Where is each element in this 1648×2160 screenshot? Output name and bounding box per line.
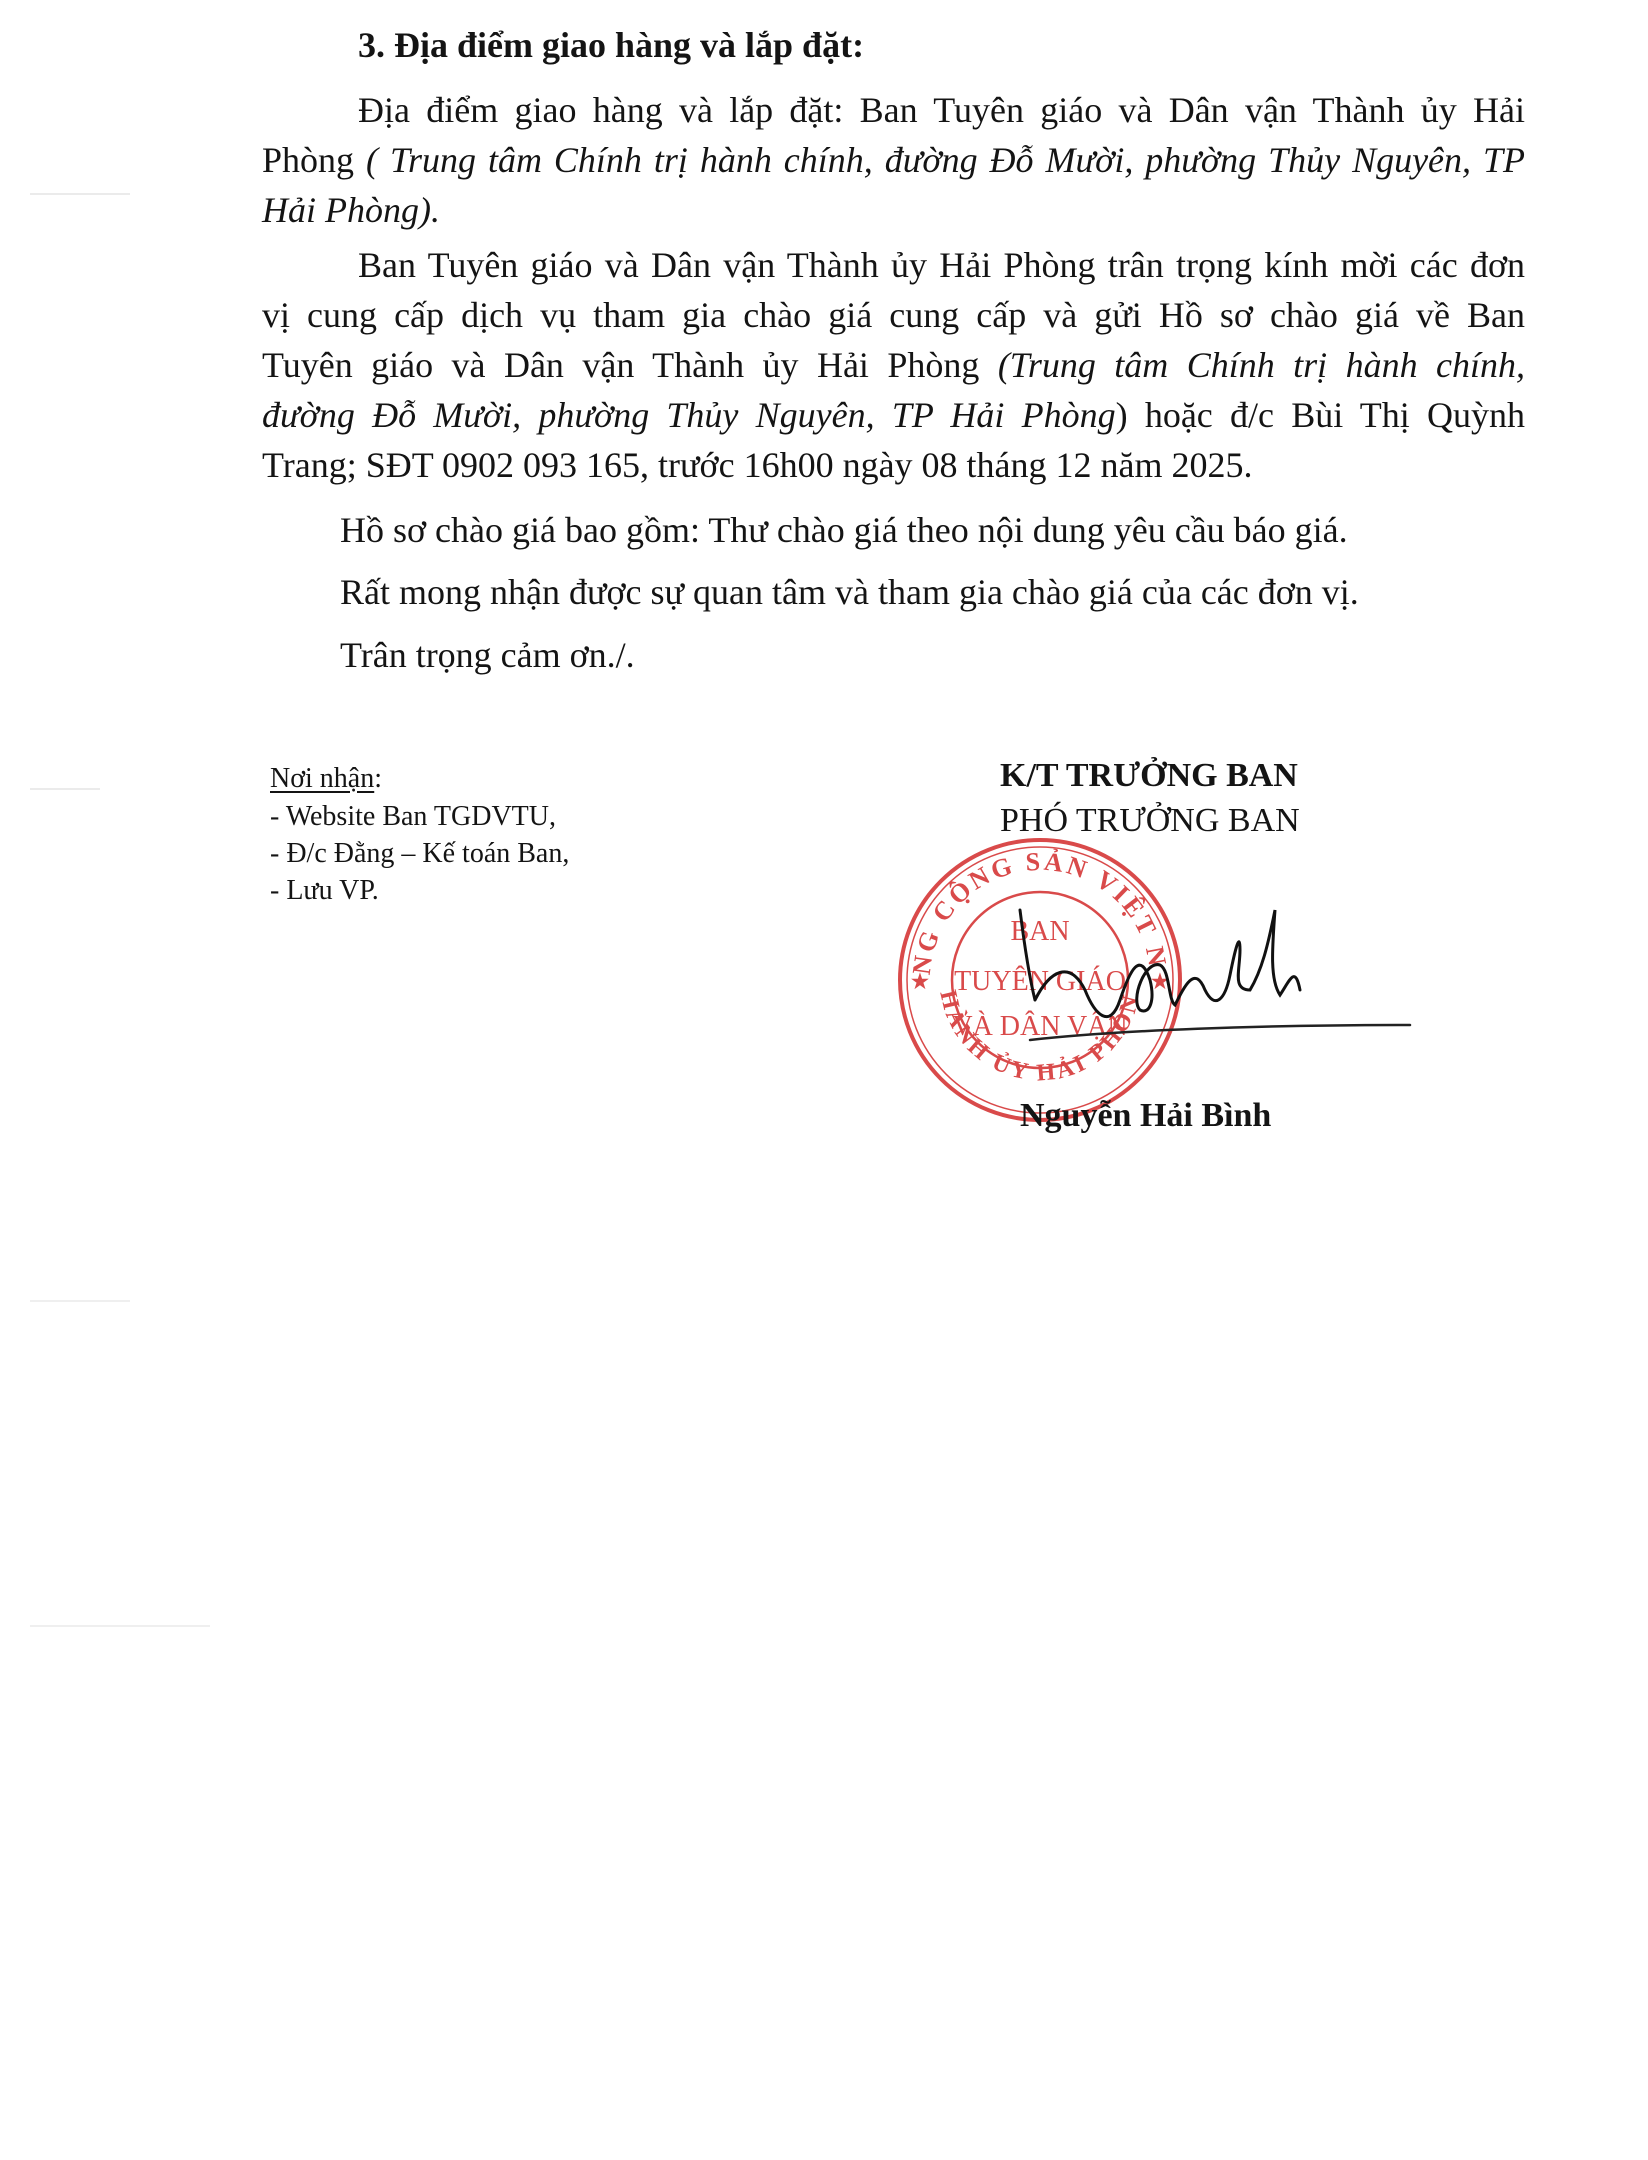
- recipient-item: - Lưu VP.: [270, 872, 379, 909]
- paragraph-request: Rất mong nhận được sự quan tâm và tham g…: [340, 567, 1359, 617]
- text-span: Tuyên giáo và Dân vận Thành ủy Hải Phòng: [262, 345, 979, 385]
- text-line: Hải Phòng).: [262, 185, 1525, 235]
- paragraph-thanks: Trân trọng cảm ơn./.: [340, 630, 635, 680]
- recipient-item: - Website Ban TGDVTU,: [270, 798, 556, 835]
- text-span: ) hoặc đ/c Bùi Thị Quỳnh: [1116, 395, 1525, 435]
- signer-title: K/T TRƯỞNG BAN: [1000, 755, 1298, 797]
- recipients-title: Nơi nhận:: [270, 760, 382, 797]
- scan-artifact: [30, 193, 130, 195]
- text-span: Phòng: [262, 140, 354, 180]
- text-line: Địa điểm giao hàng và lắp đặt: Ban Tuyên…: [262, 85, 1525, 135]
- handwritten-signature-icon: [1000, 890, 1420, 1050]
- paragraph-documents: Hồ sơ chào giá bao gồm: Thư chào giá the…: [340, 505, 1348, 555]
- signer-name: Nguyễn Hải Bình: [1020, 1095, 1271, 1137]
- scan-artifact: [30, 1625, 210, 1627]
- text-line: Ban Tuyên giáo và Dân vận Thành ủy Hải P…: [262, 240, 1525, 290]
- section-heading: 3. Địa điểm giao hàng và lắp đặt:: [358, 20, 864, 70]
- text-line: Tuyên giáo và Dân vận Thành ủy Hải Phòng…: [262, 340, 1525, 390]
- text-line: Phòng ( Trung tâm Chính trị hành chính, …: [262, 135, 1525, 185]
- recipient-item: - Đ/c Đằng – Kế toán Ban,: [270, 835, 569, 872]
- recipients-colon: :: [374, 763, 382, 794]
- text-line: Trang; SĐT 0902 093 165, trước 16h00 ngà…: [262, 440, 1525, 490]
- text-span-italic: (Trung tâm Chính trị hành chính,: [998, 345, 1525, 385]
- svg-text:★: ★: [911, 971, 929, 993]
- text-line: đường Đỗ Mười, phường Thủy Nguyên, TP Hả…: [262, 390, 1525, 440]
- scan-artifact: [30, 788, 100, 790]
- scan-artifact: [30, 1300, 130, 1302]
- text-line: vị cung cấp dịch vụ tham gia chào giá cu…: [262, 290, 1525, 340]
- text-span-italic: đường Đỗ Mười, phường Thủy Nguyên, TP Hả…: [262, 395, 1116, 435]
- recipients-title-text: Nơi nhận: [270, 763, 374, 794]
- text-span-italic: ( Trung tâm Chính trị hành chính, đường …: [366, 140, 1525, 180]
